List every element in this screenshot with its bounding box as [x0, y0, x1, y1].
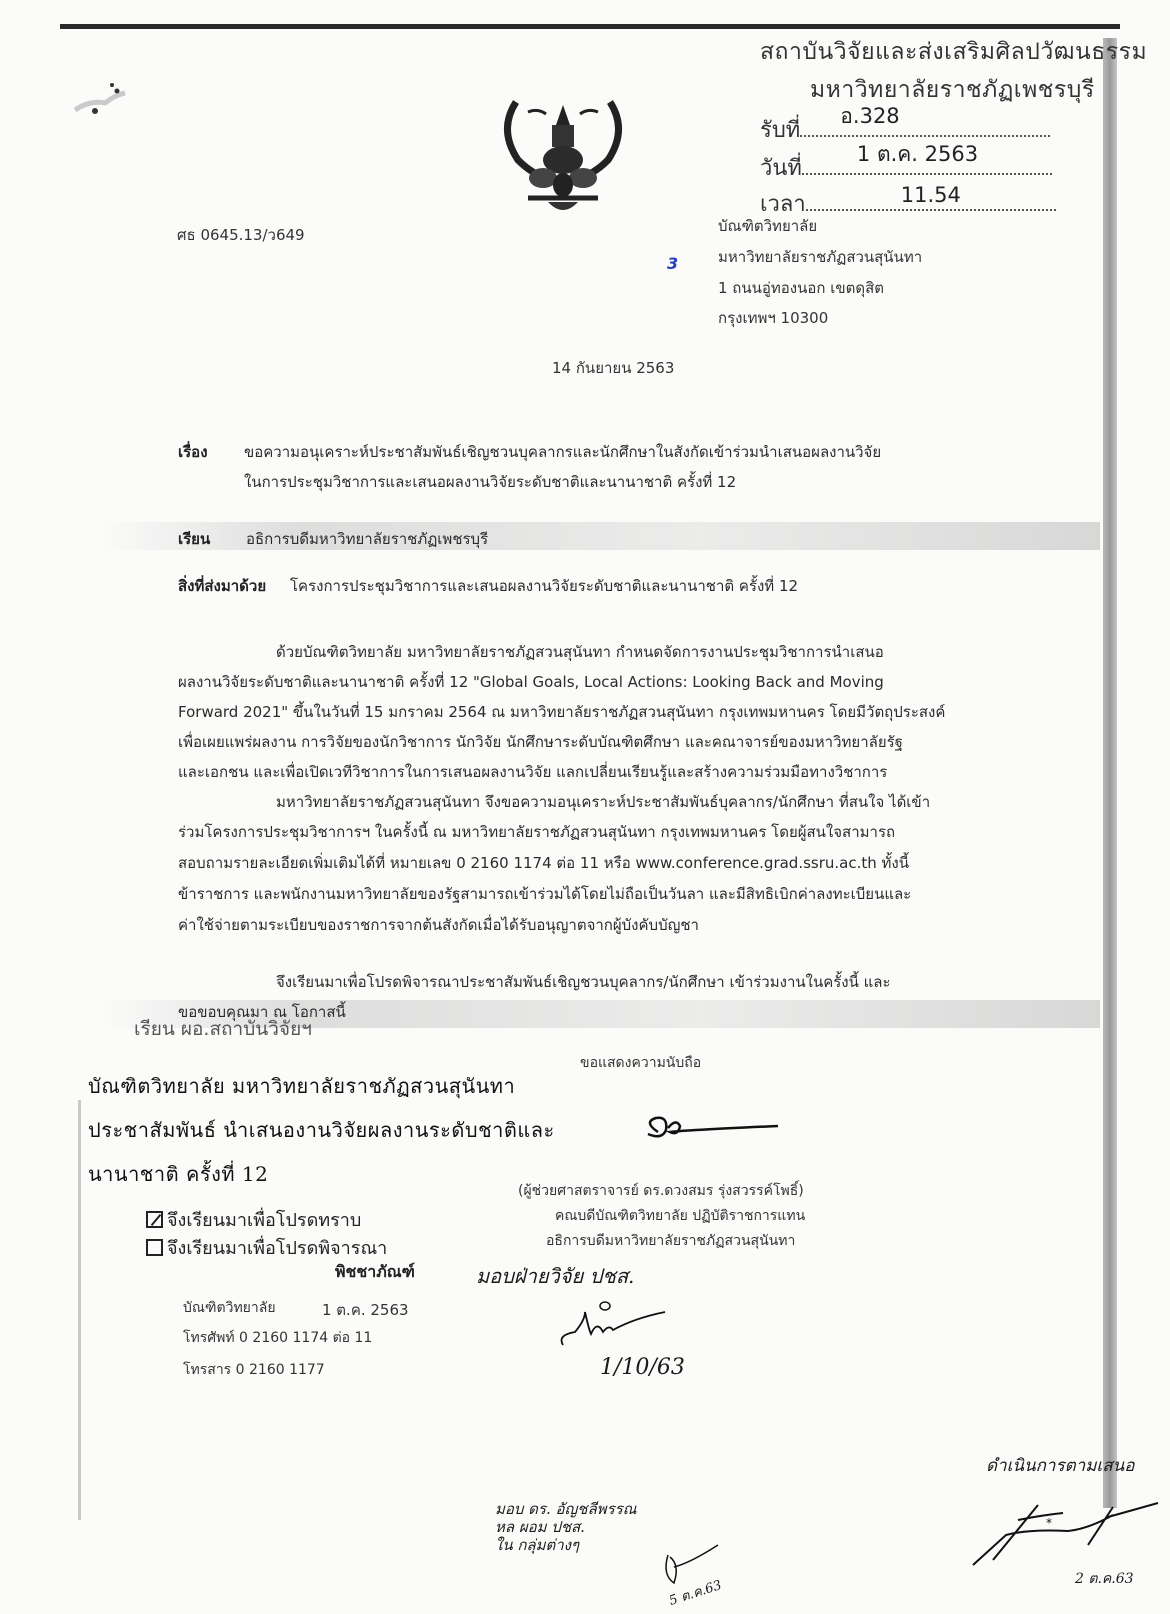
- checkbox-unchecked[interactable]: [146, 1239, 163, 1256]
- memo-to-line: เรียน ผอ.สถาบันวิจัยฯ: [134, 1014, 312, 1044]
- handwritten-bottom-note: มอบ ดร. อัญชลีพรรณ หล ผอม ปชส. ใน กลุ่มต…: [495, 1500, 637, 1554]
- handwritten-initials-icon: [660, 1545, 720, 1595]
- subject-line: ในการประชุมวิชาการและเสนอผลงานวิจัยระดับ…: [244, 470, 736, 494]
- note-line: มอบ ดร. อัญชลีพรรณ: [495, 1500, 637, 1518]
- memo-option[interactable]: จึงเรียนมาเพื่อโปรดพิจารณา: [146, 1233, 387, 1262]
- letter-date: 14 กันยายน 2563: [552, 356, 674, 380]
- stamp-organization: สถาบันวิจัยและส่งเสริมศิลปวัฒนธรรม: [760, 34, 1147, 70]
- stamp-value: 11.54: [901, 183, 961, 207]
- recipient: อธิการบดีมหาวิทยาลัยราชภัฏเพชรบุรี: [246, 527, 488, 551]
- handwritten-director-note: ดำเนินการตามเสนอ: [986, 1452, 1134, 1479]
- paragraph-1-line: เพื่อเผยแพร่ผลงาน การวิจัยของนักวิชาการ …: [178, 730, 903, 754]
- stamp-label: รับที่: [760, 118, 800, 143]
- clerk-date: 1 ต.ค. 2563: [322, 1298, 409, 1322]
- scan-right-edge: [1103, 38, 1117, 1508]
- page-mark: 3: [667, 254, 678, 273]
- garuda-emblem-icon: [488, 90, 638, 220]
- contact-fax: โทรสาร 0 2160 1177: [183, 1359, 325, 1381]
- paragraph-2-line: สอบถามรายละเอียดเพิ่มเติมได้ที่ หมายเลข …: [178, 851, 909, 875]
- scanned-letter-page: สถาบันวิจัยและส่งเสริมศิลปวัฒนธรรม มหาวิ…: [0, 0, 1170, 1614]
- memo-option[interactable]: จึงเรียนมาเพื่อโปรดทราบ: [146, 1205, 361, 1234]
- svg-text:*: *: [1046, 1516, 1052, 1530]
- handwritten-assign-note: มอบฝ่ายวิจัย ปชส.: [476, 1260, 634, 1292]
- paragraph-2-line: ค่าใช้จ่ายตามระเบียบของราชการจากต้นสังกั…: [178, 913, 699, 937]
- closing: ขอแสดงความนับถือ: [580, 1052, 701, 1074]
- contact-phone: โทรศัพท์ 0 2160 1174 ต่อ 11: [183, 1327, 372, 1349]
- paragraph-1-line: ผลงานวิจัยระดับชาติและนานาชาติ ครั้งที่ …: [178, 670, 884, 694]
- stamp-label: วันที่: [760, 156, 802, 181]
- scan-left-edge: [78, 1100, 81, 1520]
- paragraph-1-line: และเอกชน และเพื่อเปิดเวทีวิชาการในการเสน…: [178, 760, 887, 784]
- memo-option-label: จึงเรียนมาเพื่อโปรดทราบ: [167, 1205, 361, 1234]
- paragraph-1-line: Forward 2021" ขึ้นในวันที่ 15 มกราคม 256…: [178, 700, 945, 724]
- reference-number: ศธ 0645.13/ว649: [177, 223, 305, 247]
- clerk-name: พิชชาภัณฑ์: [335, 1260, 415, 1285]
- scan-top-edge: [60, 24, 1120, 29]
- sender-line: 1 ถนนอู่ทองนอก เขตดุสิต: [718, 276, 884, 300]
- director-signature-icon: *: [968, 1495, 1158, 1570]
- note-line: หล ผอม ปชส.: [495, 1518, 637, 1536]
- signer-title: อธิการบดีมหาวิทยาลัยราชภัฏสวนสุนันทา: [546, 1230, 795, 1252]
- signer-title: คณบดีบัณฑิตวิทยาลัย ปฏิบัติราชการแทน: [555, 1205, 805, 1227]
- to-label: เรียน: [178, 527, 210, 551]
- signer-name: (ผู้ช่วยศาสตราจารย์ ดร.ดวงสมร รุ่งสวรรค์…: [518, 1180, 804, 1202]
- stamp-value: 1 ต.ค. 2563: [857, 138, 978, 171]
- note-line: ใน กลุ่มต่างๆ: [495, 1536, 637, 1554]
- sender-line: มหาวิทยาลัยราชภัฏสวนสุนันทา: [718, 245, 922, 269]
- handwritten-director-date: 2 ต.ค.63: [1075, 1568, 1134, 1590]
- checkbox-checked[interactable]: [146, 1211, 163, 1228]
- paragraph-1-line: ด้วยบัณฑิตวิทยาลัย มหาวิทยาลัยราชภัฏสวนส…: [276, 640, 884, 664]
- sender-line: บัณฑิตวิทยาลัย: [718, 214, 817, 238]
- paragraph-2-line: ข้าราชการ และพนักงานมหาวิทยาลัยของรัฐสาม…: [178, 882, 911, 906]
- memo-summary-line: ประชาสัมพันธ์ นำเสนองานวิจัยผลงานระดับชา…: [88, 1114, 555, 1146]
- handwritten-signature-icon: [555, 1300, 675, 1350]
- scan-smudge: [70, 75, 140, 115]
- subject-label: เรื่อง: [178, 440, 208, 464]
- subject-line: ขอความอนุเคราะห์ประชาสัมพันธ์เชิญชวนบุคล…: [244, 440, 881, 464]
- contact-department: บัณฑิตวิทยาลัย: [183, 1297, 276, 1319]
- memo-option-label: จึงเรียนมาเพื่อโปรดพิจารณา: [167, 1233, 387, 1262]
- paragraph-3-line: จึงเรียนมาเพื่อโปรดพิจารณาประชาสัมพันธ์เ…: [276, 970, 891, 994]
- stamp-date: วันที่1 ต.ค. 2563: [760, 150, 1052, 185]
- paragraph-2-line: ร่วมโครงการประชุมวิชาการฯ ในครั้งนี้ ณ ม…: [178, 820, 895, 844]
- paragraph-2-line: มหาวิทยาลัยราชภัฏสวนสุนันทา จึงขอความอนุ…: [276, 790, 930, 814]
- enclosure: โครงการประชุมวิชาการและเสนอผลงานวิจัยระด…: [290, 574, 798, 598]
- enclosure-label: สิ่งที่ส่งมาด้วย: [178, 574, 266, 598]
- memo-summary-line: บัณฑิตวิทยาลัย มหาวิทยาลัยราชภัฏสวนสุนัน…: [88, 1070, 515, 1102]
- signature-icon: [638, 1110, 788, 1150]
- memo-summary-line: นานาชาติ ครั้งที่ 12: [88, 1158, 268, 1190]
- handwritten-assign-date: 1/10/63: [600, 1355, 685, 1380]
- stamp-value: อ.328: [840, 100, 899, 133]
- sender-line: กรุงเทพฯ 10300: [718, 306, 828, 330]
